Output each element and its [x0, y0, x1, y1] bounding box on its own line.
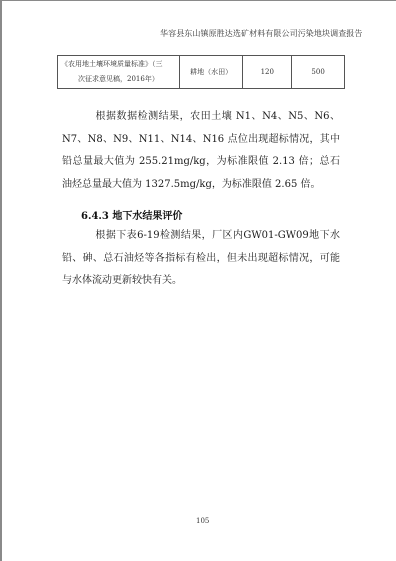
standard-name-line1: 《农用地土壤环境质量标准》（三 [61, 60, 163, 68]
land-use-cell: 耕地（水田） [179, 56, 242, 89]
table-row: 《农用地土壤环境质量标准》（三 次征求意见稿，2016年） 耕地（水田） 120… [58, 56, 345, 89]
running-header: 华容县东山镇原胜达选矿材料有限公司污染地块调查报告 [160, 28, 363, 39]
soil-results-paragraph: 根据数据检测结果，农田土壤 N1、N4、N5、N6、N7、N8、N9、N11、N… [62, 106, 340, 197]
standards-table: 《农用地土壤环境质量标准》（三 次征求意见稿，2016年） 耕地（水田） 120… [57, 55, 345, 89]
standard-name-line2: 次征求意见稿，2016年） [61, 72, 176, 87]
section-heading: 6.4.3 地下水结果评价 [81, 207, 182, 222]
document-page: 华容县东山镇原胜达选矿材料有限公司污染地块调查报告 《农用地土壤环境质量标准》（… [0, 0, 396, 561]
page-number: 105 [196, 517, 209, 525]
standard-name-cell: 《农用地土壤环境质量标准》（三 次征求意见稿，2016年） [58, 56, 180, 89]
value1-cell: 120 [243, 56, 292, 89]
groundwater-results-paragraph: 根据下表6-19检测结果，厂区内GW01-GW09地下水铅、砷、总石油烃等各指标… [62, 225, 340, 293]
value2-cell: 500 [292, 56, 345, 89]
soil-results-text: 根据数据检测结果，农田土壤 N1、N4、N5、N6、N7、N8、N9、N11、N… [62, 111, 340, 190]
groundwater-results-text: 根据下表6-19检测结果，厂区内GW01-GW09地下水铅、砷、总石油烃等各指标… [62, 230, 340, 286]
